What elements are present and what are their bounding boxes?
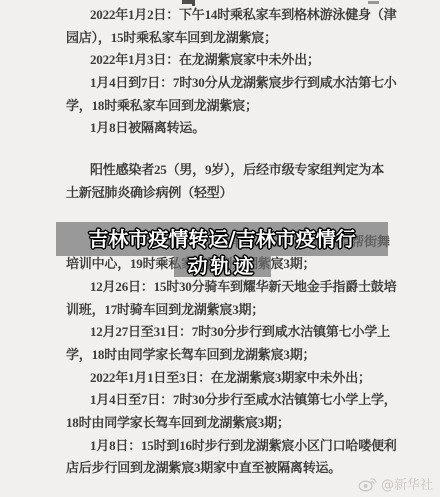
overlay-title-line2: 动轨迹: [174, 256, 271, 277]
document-line: 园店），15时乘私家车回到龙湖紫宸；: [66, 27, 384, 50]
document-line: 2022年1月3日：在龙湖紫宸家中未外出；: [66, 49, 384, 72]
document-line: 土新冠肺炎确诊病例（轻型）: [66, 182, 384, 205]
document-page: 2022年1月2日：下午14时乘私家车到格林游泳健身（津 园店），15时乘私家车…: [0, 0, 440, 497]
document-line: 2022年1月1日至3日：在龙湖紫宸3期家中未外出；: [66, 367, 384, 390]
weibo-icon: [358, 476, 378, 492]
document-line: 12月27日至31日：7时30分步行到咸水沽镇第七小学上: [66, 321, 384, 344]
document-line: 1月8日被隔离转运。: [66, 117, 384, 140]
watermark: @新华社: [358, 474, 433, 493]
document-line: 1月8日：15时到16时步行到龙湖紫宸小区门口哈喽便利: [66, 435, 384, 458]
document-line: 1月4日到7日：7时30分从龙湖紫宸步行到咸水沽第七小: [66, 72, 384, 95]
document-line: 学，18时由同学家长驾车回到龙湖紫宸3期；: [66, 344, 384, 367]
document-line: 阳性感染者25（男，9岁），后经市级专家组判定为本: [66, 159, 384, 182]
watermark-text: @新华社: [381, 474, 433, 493]
document-line: 12月26日：15时30分骑车到耀华新天地金手指爵士鼓培: [66, 276, 384, 299]
overlay-title-line1: 吉林市疫情转运/吉林市疫情行: [56, 222, 388, 256]
document-line: 店后步行回到龙湖紫宸3期家中直至被隔离转运。: [66, 457, 384, 480]
document-line: 训班，17时骑车回到龙湖紫宸3期；: [66, 299, 384, 322]
document-line: 学，18时乘私家车回到龙湖紫宸；: [66, 95, 384, 118]
overlay-title-banner: 吉林市疫情转运/吉林市疫情行 动轨迹: [56, 222, 388, 277]
document-line: 18时由同学家长驾车回到龙湖紫宸3期；: [66, 412, 384, 435]
document-line: 1月4日至7日：7时30分步行至咸水沽镇第七小学上学，: [66, 389, 384, 412]
document-line: 2022年1月2日：下午14时乘私家车到格林游泳健身（津: [66, 4, 384, 27]
